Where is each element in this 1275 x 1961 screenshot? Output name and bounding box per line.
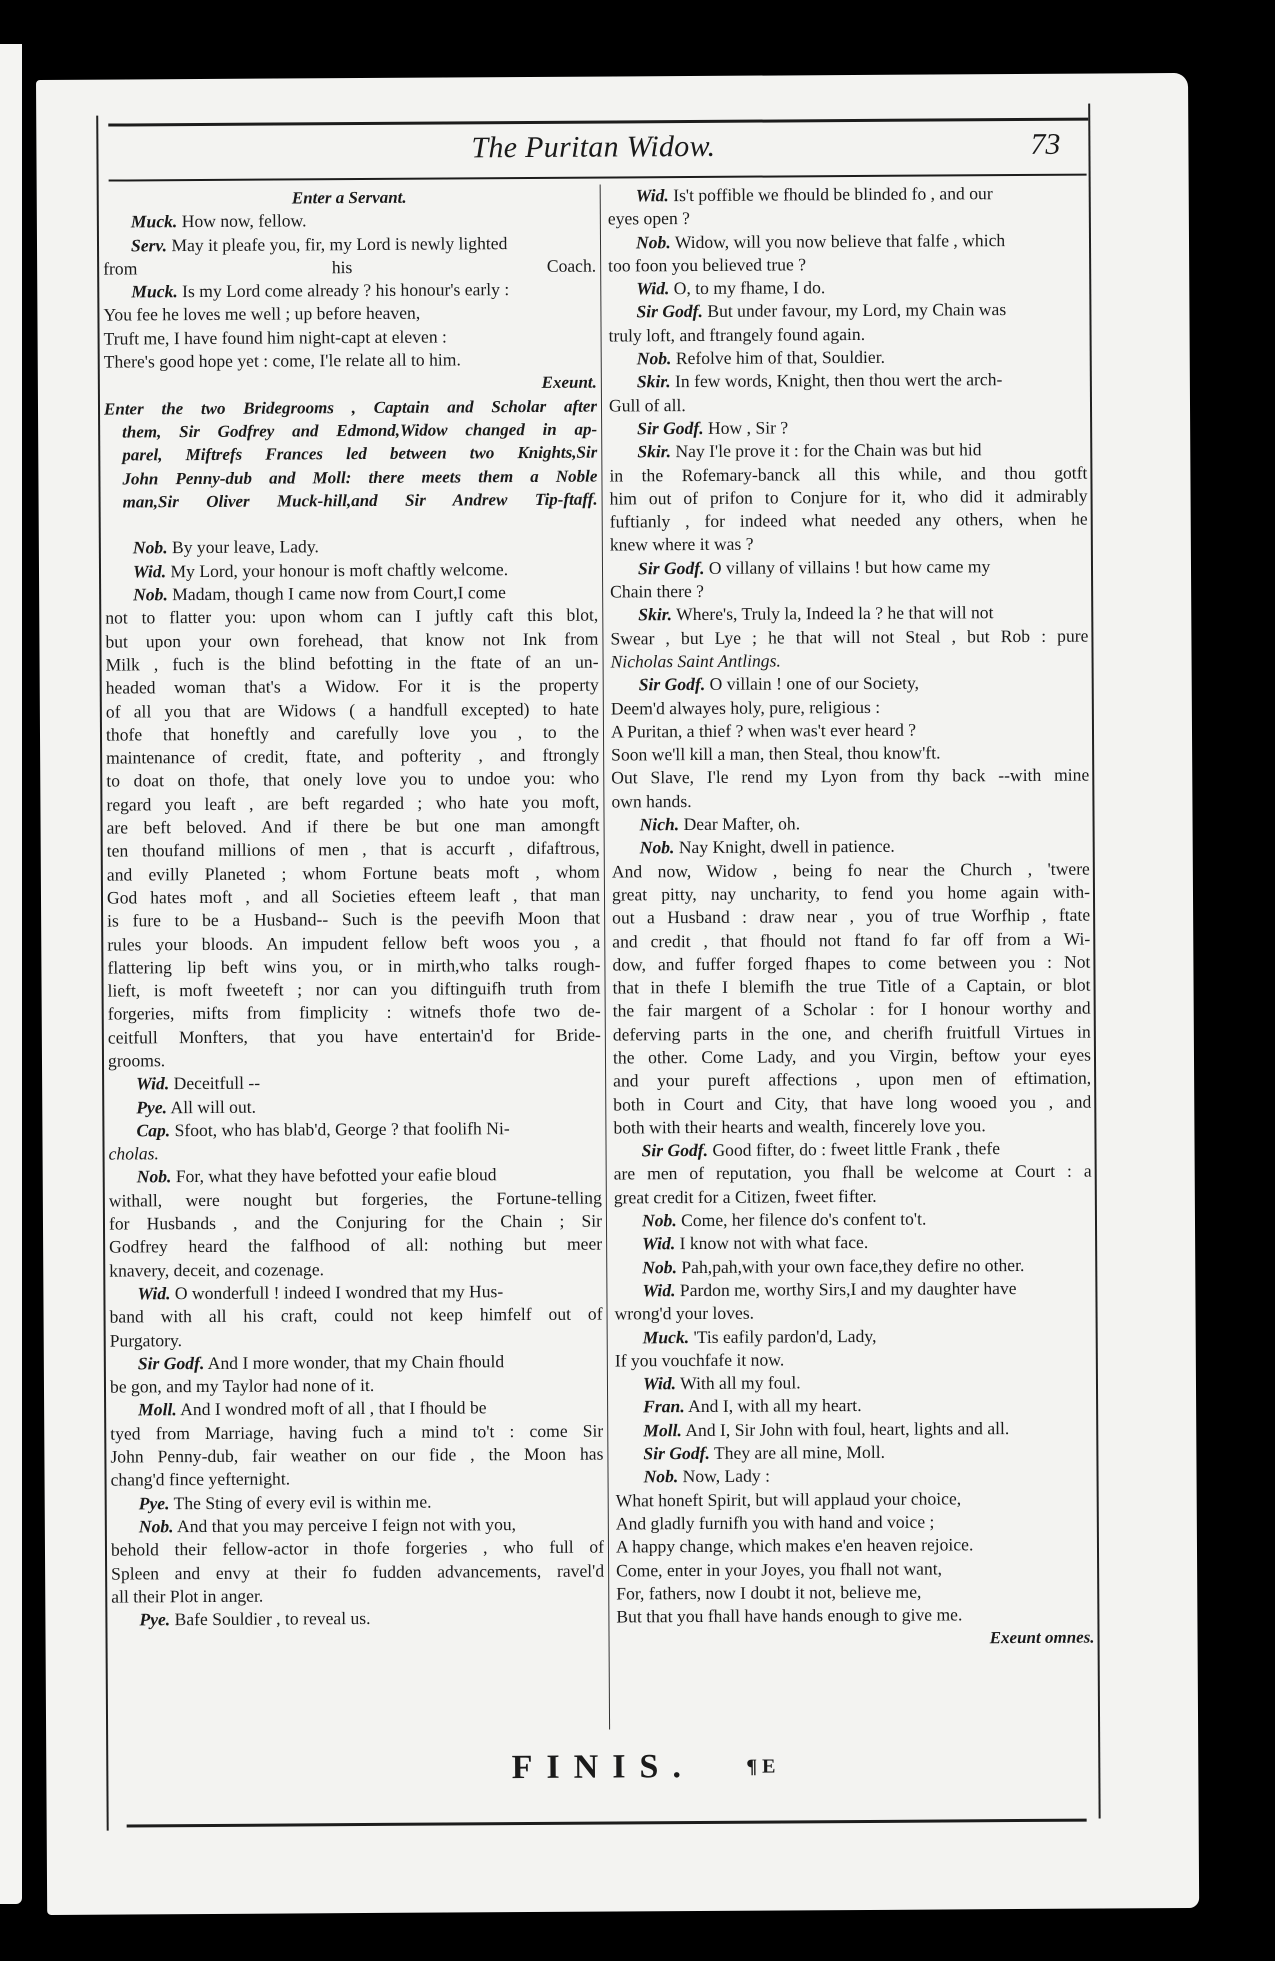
speaker-name: Nob. — [642, 1257, 677, 1277]
speech-line: Wid. O wonderfull ! indeed I wondred tha… — [109, 1280, 602, 1306]
speech-text: Good fifter, do : fweet little Frank , t… — [708, 1138, 1000, 1160]
continuation-line: behold their fellow-actor in thofe forge… — [111, 1536, 604, 1562]
speech-text: O villany of villains ! but how came my — [704, 556, 990, 578]
stage-direction: them, Sir Godfrey and Edmond,Widow chang… — [104, 418, 597, 444]
verse-line: And gladly furnifh you with hand and voi… — [616, 1509, 1094, 1535]
continuation-line: headed woman that's a Widow. For it is t… — [106, 674, 599, 700]
speaker-name: Wid. — [642, 1233, 675, 1253]
speech-line: Nob. Refolve him of that, Souldier. — [609, 345, 1087, 371]
continuation-line: are beft beloved. And if there be but on… — [107, 814, 600, 840]
finis-heading: FINIS. — [108, 1746, 1098, 1790]
verse-line: But that you fhall have hands enough to … — [616, 1603, 1094, 1629]
speech-line: Skir. Nay I'le prove it : for the Chain … — [609, 438, 1087, 464]
speech-text: Refolve him of that, Souldier. — [671, 347, 885, 368]
continuation-line: not to flatter you: upon whom can I juft… — [105, 604, 598, 630]
continuation-line: ten thoufand millions of men , that is a… — [107, 837, 600, 863]
verse-line: Truft me, I have found him night-capt at… — [104, 324, 597, 350]
speaker-name: Nob. — [637, 348, 672, 368]
page-number: 73 — [1030, 128, 1060, 162]
speech-text: O, to my fhame, I do. — [669, 277, 825, 298]
speaker-name: Cap. — [136, 1120, 170, 1140]
speech-line: Nob. Come, her filence do's confent to't… — [614, 1207, 1092, 1233]
continuation-line: Purgatory. — [110, 1326, 603, 1352]
bottom-rule — [127, 1819, 1087, 1828]
continuation-line: great credit for a Citizen, fweet fifter… — [614, 1183, 1092, 1209]
verse-line: There's good hope yet : come, I'le relat… — [104, 348, 597, 374]
continuation-line: dow, and fuffer forged fhapes to come be… — [612, 950, 1090, 976]
continuation-line: forgeries, mifts from fimplicity : witne… — [108, 1000, 601, 1026]
speaker-name: Sir Godf. — [636, 301, 703, 321]
speech-text: Widow, will you now believe that falfe ,… — [671, 230, 1006, 252]
blank-line — [105, 511, 598, 537]
speech-text: By your leave, Lady. — [168, 537, 319, 558]
speaker-name: Serv. — [131, 235, 167, 255]
speech-text: And I, Sir John with foul, heart, lights… — [682, 1418, 1010, 1440]
continuation-line: and evilly Planeted ; whom Fortune beats… — [107, 860, 600, 886]
left-column: Enter a Servant.Muck. How now, fellow.Se… — [103, 185, 605, 1632]
running-title: The Puritan Widow. — [98, 128, 1088, 168]
speech-line: Sir Godf. And I more wonder, that my Cha… — [110, 1349, 603, 1375]
speech-line: Fran. And I, with all my heart. — [615, 1393, 1093, 1419]
speech-line: Wid. With all my foul. — [615, 1370, 1093, 1396]
speech-text: Nay Knight, dwell in patience. — [674, 836, 894, 857]
speech-text: All will out. — [167, 1096, 256, 1117]
continuation-line: both with their hearts and wealth, fince… — [613, 1113, 1091, 1139]
speech-line: Muck. How now, fellow. — [103, 208, 596, 234]
continuation-line: are men of reputation, you fhall be welc… — [614, 1160, 1092, 1186]
speech-text: Come, her filence do's confent to't. — [677, 1209, 927, 1231]
verse-line: If you vouchfafe it now. — [615, 1346, 1093, 1372]
speaker-name: Nob. — [133, 584, 168, 604]
speaker-name: Muck. — [131, 211, 178, 231]
speech-text: And I more wonder, that my Chain fhould — [204, 1351, 504, 1373]
speaker-name: Wid. — [642, 1280, 675, 1300]
speech-text: The Sting of every evil is within me. — [169, 1491, 431, 1513]
continuation-line: too foon you believed true ? — [608, 251, 1086, 277]
speech-line: Moll. And I wondred moft of all , that I… — [110, 1396, 603, 1422]
continuation-line: Nicholas Saint Antlings. — [610, 648, 1088, 674]
verse-line: For, fathers, now I doubt it not, believ… — [616, 1579, 1094, 1605]
continuation-line: lieft, is moft fweeteft ; nor can you di… — [107, 977, 600, 1003]
continuation-line: tyed from Marriage, having fuch a mind t… — [110, 1419, 603, 1445]
speaker-name: Sir Godf. — [637, 418, 704, 438]
speech-line: Wid. O, to my fhame, I do. — [608, 275, 1086, 301]
continuation-line: the other. Come Lady, and you Virgin, be… — [613, 1044, 1091, 1070]
continuation-line: and your pureft affections , upon men of… — [613, 1067, 1091, 1093]
continuation-line: all their Plot in anger. — [111, 1582, 604, 1608]
speech-line: Sir Godf. Good fifter, do : fweet little… — [613, 1137, 1091, 1163]
speech-text: I know not with what face. — [675, 1232, 868, 1253]
speaker-name: Pye. — [139, 1493, 170, 1513]
verse-line: Come, enter in your Joyes, you fhall not… — [616, 1556, 1094, 1582]
continuation-line: Chain there ? — [610, 578, 1088, 604]
speech-text: Madam, though I came now from Court,I co… — [168, 582, 506, 604]
continuation-line: Gull of all. — [609, 391, 1087, 417]
speech-line: Sir Godf. How , Sir ? — [609, 415, 1087, 441]
speaker-name: Nob. — [643, 1466, 678, 1486]
continuation-line: maintenance of credit, ftate, and pofter… — [106, 744, 599, 770]
speech-line: Nob. Pah,pah,with your own face,they def… — [614, 1253, 1092, 1279]
continuation-line: own hands. — [611, 787, 1089, 813]
speech-line: Muck. Is my Lord come already ? his hono… — [103, 278, 596, 304]
continuation-line: Spleen and envy at their fo fudden advan… — [111, 1559, 604, 1585]
continuation-line: thofe that honeftly and carefully love y… — [106, 720, 599, 746]
speech-line: Nob. Madam, though I came now from Court… — [105, 581, 598, 607]
speaker-name: Wid. — [636, 278, 669, 298]
speech-text: 'Tis eafily pardon'd, Lady, — [689, 1325, 876, 1346]
speaker-name: Wid. — [133, 561, 166, 581]
speech-line: Wid. Pardon me, worthy Sirs,I and my dau… — [614, 1277, 1092, 1303]
continuation-line: be gon, and my Taylor had none of it. — [110, 1373, 603, 1399]
speech-text: And I, with all my heart. — [685, 1395, 862, 1416]
header-rule — [109, 174, 1087, 182]
speech-line: Wid. Deceitfull -- — [108, 1070, 601, 1096]
speech-text: But under favour, my Lord, my Chain was — [703, 300, 1006, 322]
facing-page-edge — [0, 44, 22, 1904]
speaker-name: Wid. — [636, 185, 669, 205]
speaker-name: Skir. — [637, 372, 671, 392]
speech-line: Sir Godf. O villain ! one of our Society… — [611, 671, 1089, 697]
speech-text: With all my foul. — [676, 1372, 801, 1393]
continuation-line: great pitty, nay uncharity, to fend you … — [612, 880, 1090, 906]
speech-text: Is my Lord come already ? his honour's e… — [178, 279, 510, 301]
speech-line: Skir. Where's, Truly la, Indeed la ? he … — [610, 601, 1088, 627]
book-page: The Puritan Widow. 73 Enter a Servant.Mu… — [36, 73, 1199, 1915]
speaker-name: Wid. — [136, 1073, 169, 1093]
speaker-name: Nich. — [639, 814, 679, 834]
speech-line: Nob. Nay Knight, dwell in patience. — [612, 834, 1090, 860]
stage-direction: man,Sir Oliver Muck-hill,and Sir Andrew … — [105, 487, 598, 513]
speech-line: Nob. For, what they have befotted your e… — [109, 1163, 602, 1189]
speech-text: In few words, Knight, then thou wert the… — [671, 369, 1003, 391]
speaker-name: Nob. — [139, 1516, 174, 1536]
speech-line: Wid. Is't poffible we fhould be blinded … — [608, 182, 1086, 208]
speech-text: Dear Mafter, oh. — [679, 813, 800, 834]
speech-line: Cap. Sfoot, who has blab'd, George ? tha… — [108, 1116, 601, 1142]
speech-line: Pye. The Sting of every evil is within m… — [111, 1489, 604, 1515]
verse-line: Soon we'll kill a man, then Steal, thou … — [611, 741, 1089, 767]
continuation-line: both in Court and City, that have long w… — [613, 1090, 1091, 1116]
speaker-name: Nob. — [137, 1167, 172, 1187]
continuation-line: deferving parts in the one, and cherifh … — [613, 1020, 1091, 1046]
continuation-line: from his Coach. — [103, 254, 596, 280]
stage-direction: Exeunt. — [104, 371, 597, 397]
continuation-line: Out Slave, I'le rend my Lyon from thy ba… — [611, 764, 1089, 790]
speech-text: For, what they have befotted your eafie … — [171, 1165, 496, 1187]
speaker-name: Sir Godf. — [138, 1353, 205, 1373]
speech-line: Sir Godf. O villany of villains ! but ho… — [610, 554, 1088, 580]
continuation-line: of all you that are Widows ( a handfull … — [106, 697, 599, 723]
continuation-line: Milk , fuch is the blind befotting in th… — [106, 651, 599, 677]
speech-line: Nob. Now, Lady : — [615, 1463, 1093, 1489]
speaker-name: Fran. — [643, 1396, 685, 1416]
continuation-line: John Penny-dub, fair weather on our fide… — [110, 1443, 603, 1469]
continuation-line: ceitfull Monfters, that you have enterta… — [108, 1023, 601, 1049]
speech-line: Nob. By your leave, Lady. — [105, 534, 598, 560]
verse-line: You fee he loves me well ; up before hea… — [103, 301, 596, 327]
speech-text: Where's, Truly la, Indeed la ? he that w… — [672, 603, 994, 625]
continuation-line: knew where it was ? — [610, 531, 1088, 557]
speech-text: How now, fellow. — [177, 211, 306, 232]
signature-mark: ¶ E — [746, 1756, 775, 1779]
speech-line: Sir Godf. But under favour, my Lord, my … — [608, 298, 1086, 324]
speaker-name: Nob. — [636, 232, 671, 252]
continuation-line: that in thefe I blemifh the true Title o… — [612, 974, 1090, 1000]
continuation-line: knavery, deceit, and cozenage. — [109, 1256, 602, 1282]
continuation-line: in the Rofemary-banck all this while, an… — [609, 461, 1087, 487]
continuation-line: withall, were nought but forgeries, the … — [109, 1186, 602, 1212]
speech-text: Sfoot, who has blab'd, George ? that foo… — [170, 1118, 510, 1140]
speech-line: Nob. Widow, will you now believe that fa… — [608, 228, 1086, 254]
continuation-line: Swear , but Lye ; he that will not Steal… — [610, 624, 1088, 650]
stage-direction: John Penny-dub and Moll: there meets the… — [104, 464, 597, 490]
continuation-line: to doat on thofe, that onely love you to… — [106, 767, 599, 793]
right-column: Wid. Is't poffible we fhould be blinded … — [608, 182, 1095, 1653]
continuation-line: eyes open ? — [608, 205, 1086, 231]
speech-line: Pye. Bafe Souldier , to reveal us. — [111, 1606, 604, 1632]
verse-line: Deem'd alwayes holy, pure, religious : — [611, 694, 1089, 720]
continuation-line: but upon your own forehead, that know no… — [105, 627, 598, 653]
top-rule — [108, 118, 1088, 127]
running-head: The Puritan Widow. 73 — [98, 126, 1088, 176]
speaker-name: Nob. — [133, 538, 168, 558]
speech-text: O wonderfull ! indeed I wondred that my … — [170, 1281, 503, 1303]
speaker-name: Skir. — [637, 441, 671, 461]
continuation-line: is fure to be a Husband-- Such is the pe… — [107, 907, 600, 933]
continuation-line: band with all his craft, could not keep … — [109, 1303, 602, 1329]
speaker-name: Nob. — [640, 837, 675, 857]
speech-line: Pye. All will out. — [108, 1093, 601, 1119]
speech-text: Pah,pah,with your own face,they defire n… — [677, 1255, 1024, 1277]
continuation-line: God hates moft , and all Societies eftee… — [107, 883, 600, 909]
continuation-line: wrong'd your loves. — [614, 1300, 1092, 1326]
speaker-name: Wid. — [137, 1283, 170, 1303]
speech-text: May it pleafe you, fir, my Lord is newly… — [167, 233, 507, 255]
speech-line: Nich. Dear Mafter, oh. — [611, 811, 1089, 837]
speaker-name: Wid. — [643, 1373, 676, 1393]
continuation-line: fuftianly , for indeed what needed any o… — [610, 508, 1088, 534]
speaker-name: Sir Godf. — [639, 674, 706, 694]
verse-line: A happy change, which makes e'en heaven … — [616, 1533, 1094, 1559]
speech-line: Moll. And I, Sir John with foul, heart, … — [615, 1416, 1093, 1442]
speech-line: Muck. 'Tis eafily pardon'd, Lady, — [615, 1323, 1093, 1349]
speech-text: Is't poffible we fhould be blinded fo , … — [669, 183, 993, 205]
continuation-line: flattering lip beft wins you, or in mirt… — [107, 953, 600, 979]
speech-text: How , Sir ? — [704, 417, 789, 438]
speech-text: Now, Lady : — [678, 1466, 770, 1487]
speech-text: They are all mine, Moll. — [710, 1442, 885, 1463]
speech-line: Wid. My Lord, your honour is moft chaftl… — [105, 557, 598, 583]
stage-direction: Exeunt omnes. — [616, 1626, 1094, 1652]
speaker-name: Sir Godf. — [641, 1140, 708, 1160]
speech-text: My Lord, your honour is moft chaftly wel… — [166, 559, 508, 581]
speech-text: And I wondred moft of all , that I fhoul… — [177, 1398, 487, 1420]
stage-direction: Enter a Servant. — [103, 185, 596, 211]
continuation-line: him out of prifon to Conjure for it, who… — [609, 484, 1087, 510]
continuation-line: and credit , that fhould not ftand fo fa… — [612, 927, 1090, 953]
speaker-name: Pye. — [139, 1609, 170, 1629]
continuation-line: for Husbands , and the Conjuring for the… — [109, 1210, 602, 1236]
continuation-line: out a Husband : draw near , you of true … — [612, 904, 1090, 930]
continuation-line: Godfrey heard the falfhood of all: nothi… — [109, 1233, 602, 1259]
speech-text: Nay I'le prove it : for the Chain was bu… — [671, 439, 982, 461]
speech-line: Wid. I know not with what face. — [614, 1230, 1092, 1256]
stage-direction: parel, Miftrefs Frances led between two … — [104, 441, 597, 467]
continuation-line: grooms. — [108, 1047, 601, 1073]
continuation-line: regard you leaft , are beft regarded ; w… — [106, 790, 599, 816]
speech-text: Bafe Souldier , to reveal us. — [170, 1608, 370, 1629]
continuation-line: cholas. — [108, 1140, 601, 1166]
speech-text: Deceitfull -- — [169, 1073, 260, 1094]
continuation-line: rules your bloods. An impudent fellow be… — [107, 930, 600, 956]
speech-text: Pardon me, worthy Sirs,I and my daughter… — [675, 1278, 1016, 1300]
speaker-name: Nob. — [642, 1210, 677, 1230]
verse-line: A Puritan, a thief ? when was't ever hea… — [611, 717, 1089, 743]
continuation-line: the fair margent of a Scholar : for I ho… — [613, 997, 1091, 1023]
speaker-name: Pye. — [136, 1097, 167, 1117]
speech-line: Nob. And that you may perceive I feign n… — [111, 1512, 604, 1538]
continuation-line: chang'd fince yefternight. — [110, 1466, 603, 1492]
speaker-name: Muck. — [131, 281, 178, 301]
speech-line: Sir Godf. They are all mine, Moll. — [615, 1440, 1093, 1466]
speech-text: And that you may perceive I feign not wi… — [173, 1514, 516, 1536]
speaker-name: Sir Godf. — [643, 1443, 710, 1463]
speech-text: O villain ! one of our Society, — [705, 673, 919, 694]
speech-line: Serv. May it pleafe you, fir, my Lord is… — [103, 231, 596, 257]
verse-line: What honeft Spirit, but will applaud you… — [616, 1486, 1094, 1512]
speaker-name: Skir. — [638, 604, 672, 624]
speaker-name: Moll. — [643, 1420, 682, 1440]
speaker-name: Muck. — [643, 1327, 690, 1347]
continuation-line: And now, Widow , being fo near the Churc… — [612, 857, 1090, 883]
stage-direction: Enter the two Bridegrooms , Captain and … — [104, 394, 597, 420]
speaker-name: Moll. — [138, 1400, 177, 1420]
speech-line: Skir. In few words, Knight, then thou we… — [609, 368, 1087, 394]
speaker-name: Sir Godf. — [638, 558, 705, 578]
continuation-line: truly loft, and ftrangely found again. — [609, 321, 1087, 347]
